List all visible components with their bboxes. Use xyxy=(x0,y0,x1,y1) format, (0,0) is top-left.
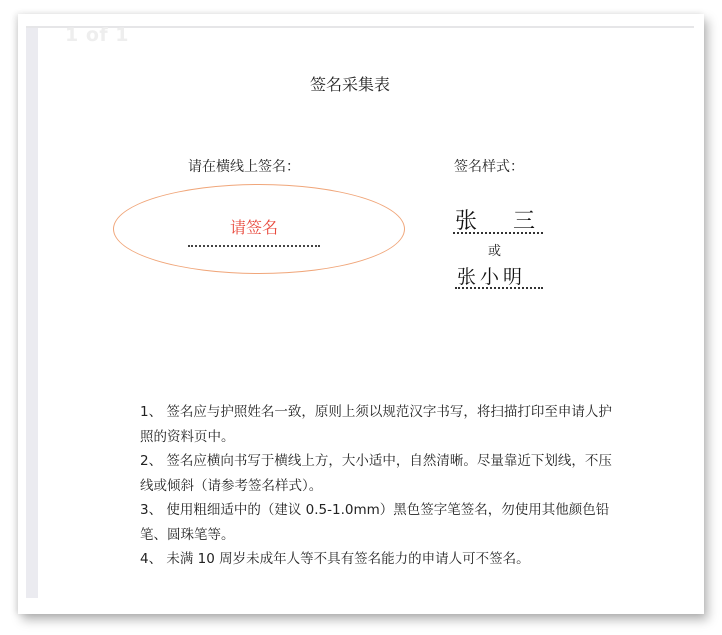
sample-1-char-1: 张 xyxy=(455,209,477,234)
sample-1-char-2: 三 xyxy=(513,209,535,234)
sign-prompt: 请签名 xyxy=(230,215,278,238)
sample-or: 或 xyxy=(488,240,501,259)
sample-2-underline xyxy=(455,287,543,289)
instruction-item: 2、 签名应横向书写于横线上方，大小适中，自然清晰。尽量靠近下划线，不压线或倾斜… xyxy=(140,449,622,498)
page-indicator: 1 of 1 xyxy=(65,24,129,46)
sample-1-underline xyxy=(453,232,543,234)
instruction-item: 4、 未满 10 周岁未成年人等不具有签名能力的申请人可不签名。 xyxy=(140,547,622,572)
sample-signature-2: 张小明 xyxy=(457,262,526,289)
sign-instruction-label: 请在横线上签名： xyxy=(188,156,300,176)
instruction-item: 3、 使用粗细适中的（建议 0.5-1.0mm）黑色签字笔签名，勿使用其他颜色铅… xyxy=(140,498,622,547)
page-gutter xyxy=(26,28,38,598)
form-title: 签名采集表 xyxy=(0,72,700,95)
instruction-item: 1、 签名应与护照姓名一致，原则上须以规范汉字书写，将扫描打印至申请人护照的资料… xyxy=(140,400,622,449)
signature-sample-label: 签名样式： xyxy=(454,156,524,176)
sample-signature-1: 张三 xyxy=(455,204,535,235)
instructions-list: 1、 签名应与护照姓名一致，原则上须以规范汉字书写，将扫描打印至申请人护照的资料… xyxy=(140,400,622,572)
signature-line xyxy=(188,245,320,247)
